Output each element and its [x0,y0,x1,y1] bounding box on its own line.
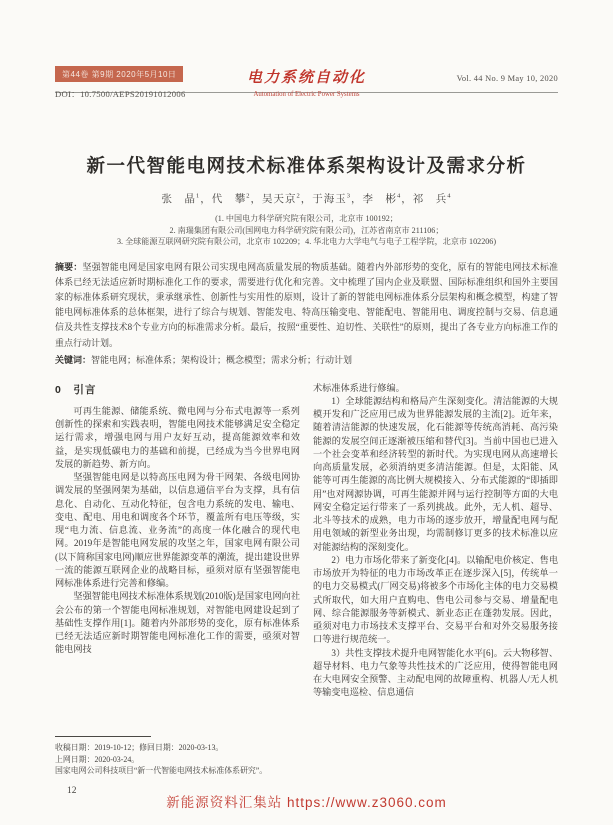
journal-logo: 电力系统自动化 Automation of Electric Power Sys… [247,66,366,98]
abstract: 摘要：坚强智能电网是国家电网有限公司实现电网高质量发展的物质基础。随着内外部形势… [55,260,558,351]
keywords: 关键词：智能电网；标准体系；架构设计；概念模型；需求分析；行动计划 [55,353,558,368]
author-sep: ， [401,194,413,205]
paragraph: 术标准体系进行修编。 [313,382,558,395]
article-title: 新一代智能电网技术标准体系架构设计及需求分析 [55,152,558,178]
page-content: 第44卷 第9期 2020年5月10日 DOI：10.7500/AEPS2019… [55,0,558,796]
author-sep: ， [301,194,313,205]
footnote-line: 国家电网公司科技项目“新一代智能电网技术标准体系研究”。 [55,765,300,777]
author-name: 李 彬 [363,194,398,205]
abstract-text: 坚强智能电网是国家电网有限公司实现电网高质量发展的物质基础。随着内外部形势的变化… [55,262,558,348]
section-heading: 0 引言 [55,384,300,397]
doi-text: DOI：10.7500/AEPS20191012006 [55,88,186,100]
author-name: 张 晶 [162,194,197,205]
abstract-label: 摘要： [55,262,82,272]
author-sup: 4 [447,193,451,200]
watermark: 新能源资料汇集站 https://www.z3060.com [0,791,613,811]
footnote-rule [55,736,151,737]
paragraph: 坚强智能电网是以特高压电网为骨干网架、各级电网协调发展的坚强网架为基础，以信息通… [55,471,300,590]
journal-header: 第44卷 第9期 2020年5月10日 DOI：10.7500/AEPS2019… [55,64,558,110]
paragraph: 3）共性支撑技术提升电网智能化水平[6]。云大物移智、超导材料、电力气象等共性技… [313,647,558,700]
body-columns: 0 引言 可再生能源、储能系统、微电网与分布式电源等一系列创新性的探索和实践表明… [55,382,558,777]
affiliation-line: 2. 南瑞集团有限公司(国网电力科学研究院有限公司)，江苏省南京市 211106… [55,225,558,237]
author-name: 吴天京 [262,194,297,205]
journal-logo-en: Automation of Electric Power Systems [247,91,366,98]
volume-info: Vol. 44 No. 9 May 10, 2020 [457,74,558,83]
footnote: 收稿日期：2019-10-12；修回日期：2020-03-13。 上网日期：20… [55,736,300,777]
body-right-column: 术标准体系进行修编。 1）全球能源结构和格局产生深刻变化。清洁能源的大规模开发和… [313,382,558,777]
footnote-line: 收稿日期：2019-10-12；修回日期：2020-03-13。 [55,742,300,754]
author-sep: ， [251,194,263,205]
paragraph: 1）全球能源结构和格局产生深刻变化。清洁能源的大规模开发和广泛应用已成为世界能源… [313,395,558,554]
paper-page: 第44卷 第9期 2020年5月10日 DOI：10.7500/AEPS2019… [0,0,613,825]
body-left-column: 0 引言 可再生能源、储能系统、微电网与分布式电源等一系列创新性的探索和实践表明… [55,382,300,777]
header-left: 第44卷 第9期 2020年5月10日 DOI：10.7500/AEPS2019… [55,64,186,100]
affiliation-line: 3. 全球能源互联网研究院有限公司，北京市 102209；4. 华北电力大学电气… [55,236,558,248]
keywords-text: 智能电网；标准体系；架构设计；概念模型；需求分析；行动计划 [91,355,352,365]
author-name: 于海玉 [312,194,347,205]
affiliations: (1. 中国电力科学研究院有限公司，北京市 100192； 2. 南瑞集团有限公… [55,213,558,248]
footnote-line: 上网日期：2020-03-24。 [55,754,300,766]
author-name: 代 攀 [212,194,247,205]
authors-line: 张 晶1，代 攀2，吴天京2，于海玉3，李 彬4，祁 兵4 [55,191,558,206]
author-sep: ， [351,194,363,205]
journal-logo-cn: 电力系统自动化 [247,66,366,87]
issue-badge: 第44卷 第9期 2020年5月10日 [55,66,183,82]
paragraph: 坚强智能电网技术标准体系规划(2010版)是国家电网向社会公布的第一个智能电网标… [55,590,300,656]
paragraph: 可再生能源、储能系统、微电网与分布式电源等一系列创新性的探索和实践表明，智能电网… [55,405,300,471]
author-name: 祁 兵 [413,194,448,205]
paragraph: 2）电力市场化带来了新变化[4]。以输配电价核定、售电市场放开为特征的电力市场改… [313,554,558,647]
author-sep: ， [200,194,212,205]
keywords-label: 关键词： [55,355,91,365]
affiliation-line: (1. 中国电力科学研究院有限公司，北京市 100192； [55,213,558,225]
